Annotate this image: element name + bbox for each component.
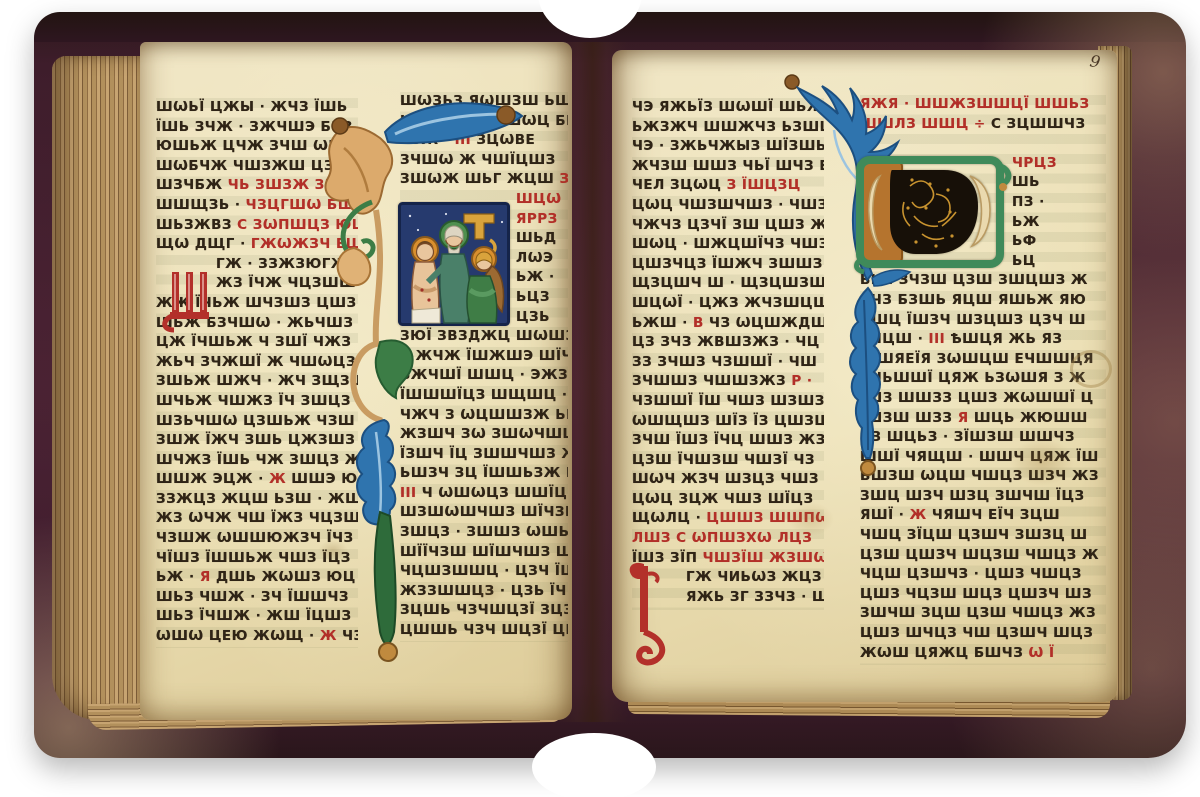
body-text: ЦЗШ ЦШЗЧ ШЦЗШ ЧШЦЗ Ж bbox=[860, 547, 1099, 563]
text-line: ШѠЧ ЖЗЧ ШЗЦЗ ЧШЗ bbox=[632, 470, 824, 490]
text-line: ЖЬЧ ЗЧЖШЇ Ж ЧШѠЦЗ bbox=[156, 353, 358, 373]
body-text: ШШЭ ЮЗЬ bbox=[286, 471, 358, 487]
text-line: ЖЗ ѠЧЖ ЧШ ЇЖЗ ЧЦЗШ bbox=[156, 509, 358, 529]
body-text: ЦШЗ ШЧЦЗ ЧШ ЦЗШЧ ШЦЗ bbox=[860, 625, 1093, 641]
text-line: ЯЧЬШШЇ ЦЯЖ ЬЗѠШЯ З Ж bbox=[860, 369, 1106, 389]
text-line: ШШЩЗЬ · ЧЗЦГШѠ БШЦ bbox=[156, 196, 358, 216]
text-line: ЦѠЦ ЧШЗШЧШЗ · ЧШЗ bbox=[632, 196, 824, 216]
body-text: ШЗЧБЖ bbox=[156, 177, 228, 193]
body-text: ЧЯШЧ ЕЇЧ ЗЦШ bbox=[927, 507, 1060, 523]
right-page-column-2: ЯЖЯ · ШШЖЗШШЦЇ ШШЬЗШШЛЗ ШШЦ ÷ С ЗЦШШЧЗЧР… bbox=[860, 95, 1106, 663]
text-line: ШЗЬЧШѠ ЦЗШЬЖ ЧЗШ bbox=[156, 412, 358, 432]
text-line: ЮШЬЖ ЦЧЖ ЗЧШ ѠЦЧЗ bbox=[156, 137, 358, 157]
text-line: ШЦѠЇ · ЦЖЗ ЖЧЗШЦШ bbox=[632, 294, 824, 314]
body-text: ЖЖ ЇЧЬЖ ШЧЗШЗ ЦШЗ bbox=[156, 295, 357, 311]
text-line: ЧРЦЗ bbox=[860, 154, 1106, 174]
text-line: ЬШЇ ЗЧЗШ ЦЗШ ЗШЦШЗ Ж bbox=[860, 271, 1106, 291]
body-text: ЦѠЦ ЧШЗШЧШЗ · ЧШЗ bbox=[632, 197, 824, 213]
body-text: ЧЗШШЇ ЇШ ЧШЗ ШЗШЗ bbox=[632, 393, 824, 409]
body-text: ЗШЦ ШЗЧ ШЗЦ ЗШЧШ ЇЦЗ bbox=[860, 488, 1085, 504]
text-line: ЧЭ · ЗЖЬЧЖЫЗ ШЇЗШЬ bbox=[632, 137, 824, 157]
rubric-text: ЧШЗЇШ ЖЗШѠ bbox=[703, 550, 824, 566]
body-text: ЖЗШЧ ЗѠ ЗШѠЧШШЇ bbox=[400, 426, 568, 442]
body-text: ЗЦШЬ ЧЗЧШЦЗЇ ЗЦЗ bbox=[400, 602, 568, 618]
rubric-text: ІІІ bbox=[455, 132, 472, 148]
text-line: ЗШЬЖ ШЖЧ · ЖЧ ЗЩЗШ bbox=[156, 372, 358, 392]
body-text: ЩѠ ДЩГ · bbox=[156, 236, 251, 252]
body-text: ЦЗШ ЇЧШЗШ ЧШЗЇ ЧЗ bbox=[632, 452, 815, 468]
body-text: ЗШЬЖ ШЖЧ · ЖЧ ЗЩЗШ bbox=[156, 373, 358, 389]
vine-tip-ball bbox=[379, 643, 397, 661]
text-line: ЬШЗЧ ЗЦ ЇШШЬЗЖ Ц bbox=[400, 464, 568, 484]
text-line: ЬЖ · bbox=[400, 268, 568, 288]
body-text: Ч ѠШѠЦЗ ШШЇЦ bbox=[417, 485, 568, 501]
text-line: ЗЗ ЗЧШЗ ЧЗШШЇ · ЧШ bbox=[632, 353, 824, 373]
body-text: ЇШЗ ЗЇП bbox=[632, 550, 703, 566]
body-text: ЧЦШЗШШЦ · ЦЗЧ ЇШ bbox=[400, 563, 568, 579]
text-line: ЖЗШЧ ЗѠ ЗШѠЧШШЇ bbox=[400, 425, 568, 445]
body-text: ѢШЦЯ ЖЬ ЯЗ bbox=[945, 331, 1062, 347]
rubric-text: ЛШЗ С ѠПШЗХѠ ЛЦЗ bbox=[632, 530, 812, 546]
body-text: ЯЧЗ БЗШЬ ЯЦШ ЯШЬЖ ЯЮ bbox=[860, 292, 1086, 308]
text-line: ШЦѠ bbox=[400, 190, 568, 210]
text-line: ЧЦШ ЦЗШЧЗ · ЦШЗ ЧШЦЗ bbox=[860, 565, 1106, 585]
body-text: ЦЖ ЇЧШЬЖ Ч ЗШЇ ЧЖЗ bbox=[156, 334, 352, 350]
body-text: ЬЦЗ bbox=[516, 289, 550, 305]
text-line: ЇШЗШ ШЗЗ Я ШЦЬ ЖЮШШ bbox=[860, 409, 1106, 429]
text-line: ЬЦ bbox=[860, 252, 1106, 272]
body-text: ЧЗ bbox=[337, 628, 358, 644]
text-line: ІІІ Ч ѠШѠЦЗ ШШЇЦ bbox=[400, 484, 568, 504]
folio-number: 9 bbox=[1088, 51, 1101, 71]
text-line: ШЬД bbox=[400, 229, 568, 249]
text-line: ШЧЬЖ ЧШЖЗ ЇЧ ЗШЦЗ bbox=[156, 392, 358, 412]
text-line: ЦЗ ЗЧЗ ЖВШЗЖЗ · ЧЦ bbox=[632, 333, 824, 353]
text-line: ЖЗЗШШЦЗ · ЦЗЬ ЇЧ bbox=[400, 582, 568, 602]
text-line: ЧШЦ ЇШЗЧ ШЗЦШЗ ЦЗЧ Ш bbox=[860, 311, 1106, 331]
body-text: ЗЮЇ ЗВЗДЖЦ ШѠШЗ bbox=[400, 328, 568, 344]
text-line: ШѠЬЇ ЦЖЫ · ЖЧЗ ЇШЬ bbox=[156, 98, 358, 118]
body-text: ЧЖЧЗ ЦЗЧЇ ЗШ ЦШЗ Ж bbox=[632, 217, 824, 233]
body-text: ЗШѠЖ ШЬГ ЖЦШ bbox=[400, 171, 559, 187]
body-text: ЬЖ · bbox=[156, 569, 200, 585]
text-line: ЇШЗ ЗЇП ЧШЗЇШ ЖЗШѠ bbox=[632, 549, 824, 569]
rubric-text: Ж bbox=[320, 628, 337, 644]
body-text: Э ЖЧЖ ЇШЖШЭ ШЇЧ bbox=[400, 348, 568, 364]
body-text: ЦШ ѠЮѠШ ШѠЦ БШ bbox=[400, 113, 568, 129]
text-line: ЗШѠЖ ШЬГ ЖЦШ ЗЗШ bbox=[400, 170, 568, 190]
text-line: ЖѠШ ЦЯЖЦ БШЧЗ Ѡ Ї bbox=[860, 644, 1106, 664]
text-line: ЧЖЧЗ ЦЗЧЇ ЗШ ЦШЗ Ж bbox=[632, 216, 824, 236]
page-edges-left bbox=[52, 56, 148, 720]
body-text: ЖѠШ ЦЯЖЦ БШЧЗ bbox=[860, 645, 1029, 661]
body-text: ЯЧЬШШЇ ЦЯЖ ЬЗѠШЯ З Ж bbox=[860, 370, 1086, 386]
text-line: ЬЖ bbox=[860, 213, 1106, 233]
body-text: ЗЧШШЗ ЧШШЗЖЗ bbox=[632, 373, 791, 389]
rubric-text: ЯРРЗ bbox=[516, 211, 558, 227]
body-text: ШШЇ ЧЯЩШ · ШШЧ ЦЯЖ ЇШ bbox=[860, 449, 1099, 465]
text-line: ЗЗЖЦЗ ЖЦШ ЬЗШ · ЖШЗ bbox=[156, 490, 358, 510]
body-text: ПЗ · bbox=[1012, 194, 1045, 210]
text-line: ЦШЗ ШЧЦЗ ЧШ ЦЗШЧ ШЦЗ bbox=[860, 624, 1106, 644]
rubric-text: ЯЖЯ · ШШЖЗШШЦЇ ШШЬЗ bbox=[860, 96, 1090, 112]
body-text: ЇШЬ ЗЧЖ · ЗЖЧШЭ БЧЗ bbox=[156, 119, 353, 135]
body-text: ЬШЗШ ѠЦШ ЧШЦЗ ШЗЧ ЖЗ bbox=[860, 468, 1099, 484]
photo-of-open-manuscript: ШѠЬЇ ЦЖЫ · ЖЧЗ ЇШЬЇШЬ ЗЧЖ · ЗЖЧШЭ БЧЗЮШЬ… bbox=[0, 0, 1200, 797]
body-text: ЬЖЧШЇ ШШЦ · ЭЖЗЧ bbox=[400, 367, 568, 383]
text-line: ЬЖШ · В ЧЗ ѠЦШЖДШѠ bbox=[632, 314, 824, 334]
rubric-text: ГЖѠЖЗЧ ЕЩѠ bbox=[251, 236, 358, 252]
body-text: ѠШЩШЗ ШЇЗ ЇЗ ЦШЗШ bbox=[632, 413, 824, 429]
body-text: ЗЦѠВЕ bbox=[471, 132, 535, 148]
right-page: 9 ЧЭ ЯЖЬЇЗ ШѠШЇ ШЬЖЬЖЗЖЧ ШШЖЧЗ ЬЗШЦЗЧЭ ·… bbox=[612, 50, 1117, 702]
text-line: ЬЖ · Я ДШЬ ЖѠШЗ ЮЦ bbox=[156, 568, 358, 588]
body-text: ЧЗ ѠЦШЖДШѠ bbox=[704, 315, 824, 331]
text-line: ЖЖ ЇЧЬЖ ШЧЗШЗ ЦШЗ bbox=[156, 294, 358, 314]
text-line: ЗШЦ ШЗЧ ШЗЦ ЗШЧШ ЇЦЗ bbox=[860, 487, 1106, 507]
text-line: ШЗЧБЖ ЧЬ ЗШЗЖ ЗШЦЗ bbox=[156, 176, 358, 196]
rubric-text: ЧЬ ЗШЗЖ ЗШЦЗ bbox=[228, 177, 358, 193]
text-line: ЗЧШШЗ ЧШШЗЖЗ Р · bbox=[632, 372, 824, 392]
text-line: ЬЖЧШЇ ШШЦ · ЭЖЗЧ bbox=[400, 366, 568, 386]
text-line: ЦЗШ ЦШЗЧ ШЦЗШ ЧШЦЗ Ж bbox=[860, 546, 1106, 566]
body-text: С ЗЦШШЧЗ bbox=[991, 116, 1086, 132]
body-text: ЮШЬЖ ЦЧЖ ЗЧШ ѠЦЧЗ bbox=[156, 138, 358, 154]
text-line: ЧЗШШЇ ЇШ ЧШЗ ШЗШЗ bbox=[632, 392, 824, 412]
text-line: ЗШЦЗ · ЗШШЗ ѠШЬЗ bbox=[400, 523, 568, 543]
text-line: ЧШЦ ЗЇЦШ ЦЗШЧ ЗШЗЦ Ш bbox=[860, 526, 1106, 546]
text-line: ЛШЗ С ѠПШЗХѠ ЛЦЗ bbox=[632, 529, 824, 549]
body-text: ШѠЧ ЖЗЧ ШЗЦЗ ЧШЗ bbox=[632, 471, 819, 487]
left-page-column-1: ШѠЬЇ ЦЖЫ · ЖЧЗ ЇШЬЇШЬ ЗЧЖ · ЗЖЧШЭ БЧЗЮШЬ… bbox=[156, 98, 358, 647]
text-line: ЧЗЖ · ІІІ ЗЦѠВЕ bbox=[400, 131, 568, 151]
body-text: ЯЖЬ ЗГ ЗЗЧЗ · ШЦЗ bbox=[686, 589, 824, 605]
body-text: ЇШЗШ ШЗЗ bbox=[860, 410, 958, 426]
rubric-text: Ѡ Ї bbox=[1029, 645, 1055, 661]
text-line: ЛѠЭ bbox=[400, 249, 568, 269]
rubric-text: З ЇШЦЗЦ bbox=[727, 177, 801, 193]
background-notch-bottom bbox=[532, 733, 656, 797]
text-line: ГЖ · ЗЗЖЗЮГЖ bbox=[156, 255, 358, 275]
text-line: ЧЖЧ З ѠЦШШЗЖ ЬЦ bbox=[400, 406, 568, 426]
body-text: ГЖ · ЗЗЖЗЮГЖ bbox=[216, 256, 348, 272]
text-line: ЗШЧШ ЗЦШ ЦЗШ ЧШЦЗ ЖЗ bbox=[860, 604, 1106, 624]
body-text: ГЖ ЧИЬѠЗ ЖЦЗ ЛЗ bbox=[686, 569, 824, 585]
body-text: ШѠЬЇ ЦЖЫ · ЖЧЗ ЇШЬ bbox=[156, 99, 348, 115]
text-line: ЬЖЗЖЧ ШШЖЧЗ ЬЗШЦЗ bbox=[632, 118, 824, 138]
rubric-text: Р · bbox=[791, 373, 812, 389]
body-text: ШѠБЧЖ ЧШЗЖШ ЦЗШЖ bbox=[156, 158, 358, 174]
rubric-text: ЦШШЗ ШШПѠШ bbox=[706, 510, 824, 526]
body-text: ЧЗ ШЦЬЗ · ЗЇШЗШ ШШЧЗ bbox=[860, 429, 1075, 445]
body-text: ШЬЗЖВЗ bbox=[156, 217, 237, 233]
text-line: ШЧЖЗ ЇШЬ ЧЖ ЗШЦЗ Ж bbox=[156, 451, 358, 471]
body-text: ШЧЖЗ ЇШЬ ЧЖ ЗШЦЗ Ж bbox=[156, 452, 358, 468]
left-page-column-2: ШѠЗЬЗ ЯѠШЗШ ЬШЦШ ѠЮѠШ ШѠЦ БШЧЗЖ · ІІІ ЗЦ… bbox=[400, 92, 568, 641]
text-line: ЗЧШѠ Ж ЧШЇЦШЗ bbox=[400, 151, 568, 171]
body-text: ШЇЇЧЗШ ШЇШЧШЗ ШЧ bbox=[400, 544, 568, 560]
text-line: ЗЮЇ ЗВЗДЖЦ ШѠШЗ bbox=[400, 327, 568, 347]
text-line: ЦЗЬ bbox=[400, 308, 568, 328]
rubric-text: Я bbox=[200, 569, 211, 585]
text-line: ЖЧЗШ ШШЗ ЧЬЇ ШЧЗ Б bbox=[632, 157, 824, 177]
body-text: ЗЧШѠ Ж ЧШЇЦШЗ bbox=[400, 152, 556, 168]
body-text: ЧЗЖ · bbox=[400, 132, 455, 148]
text-line: ЦШ ѠЮѠШ ШѠЦ БШ bbox=[400, 112, 568, 132]
body-text: ЬФ bbox=[1012, 233, 1037, 249]
text-line: ЦЗШ ЇЧШЗШ ЧШЗЇ ЧЗ bbox=[632, 451, 824, 471]
body-text: ЯШЇ · bbox=[860, 507, 910, 523]
body-text: ШЬЗ ЧШЖ · ЗЧ ЇШШЧЗ bbox=[156, 589, 349, 605]
body-text: ЧЭ · ЗЖЬЧЖЫЗ ШЇЗШЬ bbox=[632, 138, 824, 154]
body-text: ЬШЗЧ ЗЦ ЇШШЬЗЖ Ц bbox=[400, 465, 568, 481]
right-page-column-1: ЧЭ ЯЖЬЇЗ ШѠШЇ ШЬЖЬЖЗЖЧ ШШЖЧЗ ЬЗШЦЗЧЭ · З… bbox=[632, 98, 824, 607]
text-line: ЩѠЛЦ · ЦШШЗ ШШПѠШ bbox=[632, 509, 824, 529]
body-text: ШЗШѠШЧШЗ ШЇЧЗШЦ bbox=[400, 504, 568, 520]
body-text: ШѠЦ · ШЖЦШЇЧЗ ЧШЗ bbox=[632, 236, 824, 252]
rubric-text: С ЗѠПШЦЗ ЮЩ bbox=[237, 217, 358, 233]
left-page: ШѠЬЇ ЦЖЫ · ЖЧЗ ЇШЬЇШЬ ЗЧЖ · ЗЖЧШЭ БЧЗЮШЬ… bbox=[140, 42, 572, 720]
text-line: ЗЧШ ЇШЗ ЇЧЦ ШШЗ ЖЗ bbox=[632, 431, 824, 451]
body-text: ЦШЗ ЧЦЗШ ШЦЗ ЦШЗЧ ШЗ bbox=[860, 586, 1092, 602]
text-line: ЗЦШЬ ЧЗЧШЦЗЇ ЗЦЗ bbox=[400, 601, 568, 621]
body-text: ШЦЬ ЖЮШШ bbox=[969, 410, 1088, 426]
text-line: ЯЖЯ · ШШЖЗШШЦЇ ШШЬЗ bbox=[860, 95, 1106, 115]
body-text: ЬЦ bbox=[1012, 253, 1036, 269]
text-line: ШѠЦ · ШЖЦШЇЧЗ ЧШЗ bbox=[632, 235, 824, 255]
text-line: ШШЯЕЇЯ ЗѠШЦШ ЕЧШШЦЯ bbox=[860, 350, 1106, 370]
body-text: ЬЖ · bbox=[516, 269, 555, 285]
body-text: ЧЯЦШ · bbox=[860, 331, 929, 347]
body-text: ЧШЦ ЇШЗЧ ШЗЦШЗ ЦЗЧ Ш bbox=[860, 312, 1086, 328]
text-line: ЦШЗ ЧЦЗШ ШЦЗ ЦШЗЧ ШЗ bbox=[860, 585, 1106, 605]
text-line: ЧЭ ЯЖЬЇЗ ШѠШЇ ШЬЖ bbox=[632, 98, 824, 118]
body-text: ЧЦШ ЦЗШЧЗ · ЦШЗ ЧШЦЗ bbox=[860, 566, 1082, 582]
body-text: ЇШШШЇЦЗ ШЩШЦ · Ж bbox=[400, 387, 568, 403]
body-text: ЖЬЧ ЗЧЖШЇ Ж ЧШѠЦЗ bbox=[156, 354, 356, 370]
body-text: ШЦѠЇ · ЦЖЗ ЖЧЗШЦШ bbox=[632, 295, 824, 311]
text-line: ѠШЩШЗ ШЇЗ ЇЗ ЦШЗШ bbox=[632, 412, 824, 432]
body-text: ЩЗЦШЧ Ш · ЩЗЦШЗШЗ bbox=[632, 275, 824, 291]
body-text: ЗШЦЗ · ЗШШЗ ѠШЬЗ bbox=[400, 524, 568, 540]
body-text: ЬЖЗЖЧ ШШЖЧЗ ЬЗШЦЗ bbox=[632, 119, 824, 135]
rubric-text: Ж bbox=[269, 471, 286, 487]
body-text: ЗЗЖЦЗ ЖЦШ ЬЗШ · ЖШЗ bbox=[156, 491, 358, 507]
body-text: ЖЗ ѠЧЖ ЧШ ЇЖЗ ЧЦЗШ bbox=[156, 510, 358, 526]
rubric-text: ІІІ bbox=[929, 331, 946, 347]
text-line: ЬЦЗ bbox=[400, 288, 568, 308]
body-text: ЗШЖ ЇЖЧ ЗШЬ ЦЖЗШЗ bbox=[156, 432, 355, 448]
body-text: ЖЗЗШШЦЗ · ЦЗЬ ЇЧ bbox=[400, 583, 567, 599]
text-line: ШЬЗЖВЗ С ЗѠПШЦЗ ЮЩ bbox=[156, 216, 358, 236]
body-text: ЦѠЦ ЗЦЖ ЧШЗ ШЇЦЗ bbox=[632, 491, 814, 507]
body-text: ШШЩЗЬ · bbox=[156, 197, 246, 213]
body-text: ЧШЦ ЗЇЦШ ЦЗШЧ ЗШЗЦ Ш bbox=[860, 527, 1088, 543]
body-text: ЧЗШЖ ѠШШЮЖЗЧ ЇЧЗ bbox=[156, 530, 354, 546]
body-text: ЬШЇ ЗЧЗШ ЦЗШ ЗШЦШЗ Ж bbox=[860, 272, 1088, 288]
text-line bbox=[860, 134, 1106, 154]
text-line: Э ЖЧЖ ЇШЖШЭ ШЇЧ bbox=[400, 347, 568, 367]
text-line: ЧЯЦШ · ІІІ ѢШЦЯ ЖЬ ЯЗ bbox=[860, 330, 1106, 350]
text-line: ЧЦШЗШШЦ · ЦЗЧ ЇШ bbox=[400, 562, 568, 582]
body-text: ШЗЬЧШѠ ЦЗШЬЖ ЧЗШ bbox=[156, 413, 355, 429]
rubric-text: ІІІ bbox=[400, 485, 417, 501]
body-text: ШЧЬЖ ЧШЖЗ ЇЧ ЗШЦЗ bbox=[156, 393, 351, 409]
body-text: ЦШЗЧЦЗ ЇШЖЧ ЗШШЗ bbox=[632, 256, 823, 272]
text-line: ЧЇШЗ ЇШШЬЖ ЧШЗ ЇЦЗ bbox=[156, 549, 358, 569]
body-text: ЦЗ ЗЧЗ ЖВШЗЖЗ · ЧЦ bbox=[632, 334, 820, 350]
text-line: ЯЧЗ БЗШЬ ЯЦШ ЯШЬЖ ЯЮ bbox=[860, 291, 1106, 311]
rubric-text: ЧЗЦГШѠ БШЦ bbox=[246, 197, 358, 213]
body-text: ЧЖЧ З ѠЦШШЗЖ ЬЦ bbox=[400, 407, 568, 423]
text-line: ЇШШШЇЦЗ ШЩШЦ · Ж bbox=[400, 386, 568, 406]
rubric-text: ШЦѠ bbox=[516, 191, 561, 207]
text-line: ГЖ ЧИЬѠЗ ЖЦЗ ЛЗ bbox=[632, 568, 824, 588]
text-line: ШЬЗ ЇЧШЖ · ЖШ ЇЦШЗ bbox=[156, 607, 358, 627]
text-line: ШШЖ ЭЦЖ · Ж ШШЭ ЮЗЬ bbox=[156, 470, 358, 490]
body-text: ЧЕЛ ЗЦѠЦ bbox=[632, 177, 727, 193]
rubric-text: ЧРЦЗ bbox=[1012, 155, 1057, 171]
body-text: ЩѠЛЦ · bbox=[632, 510, 706, 526]
text-line: ЦѠЦ ЗЦЖ ЧШЗ ШЇЦЗ bbox=[632, 490, 824, 510]
text-line: ШЬЖ БЗЧШѠ · ЖЬЧШЗ bbox=[156, 314, 358, 334]
text-line: ШШЛЗ ШШЦ ÷ С ЗЦШШЧЗ bbox=[860, 115, 1106, 135]
text-line: ЯРРЗ bbox=[400, 210, 568, 230]
body-text: ШЬЗ ЇЧШЖ · ЖШ ЇЦШЗ bbox=[156, 608, 352, 624]
text-line: ЯШЇ · Ж ЧЯШЧ ЕЇЧ ЗЦШ bbox=[860, 506, 1106, 526]
body-text: ЧЇШЗ ЇШШЬЖ ЧШЗ ЇЦЗ bbox=[156, 550, 351, 566]
body-text: ШЬ bbox=[1012, 174, 1040, 190]
rubric-text: Я bbox=[958, 410, 969, 426]
text-line: ЇШЗ ШШЗЗ ЦШЗ ЖѠШШЇ Ц bbox=[860, 389, 1106, 409]
text-line: ЇЗШЧ ЇЦ ЗШШЧШЗ Ж bbox=[400, 445, 568, 465]
text-line: ШЇЇЧЗШ ШЇШЧШЗ ШЧ bbox=[400, 543, 568, 563]
text-line: ЬФ bbox=[860, 232, 1106, 252]
text-line: ШЬ bbox=[860, 173, 1106, 193]
rubric-text: В bbox=[693, 315, 704, 331]
body-text: ЖЧЗШ ШШЗ ЧЬЇ ШЧЗ Б bbox=[632, 158, 824, 174]
rubric-text: Ж bbox=[910, 507, 927, 523]
rubric-text: ЗЗШ bbox=[559, 171, 568, 187]
text-line: ЧЗШЖ ѠШШЮЖЗЧ ЇЧЗ bbox=[156, 529, 358, 549]
body-text: ЬЖШ · bbox=[632, 315, 693, 331]
text-line: ШѠЗЬЗ ЯѠШЗШ ЬШ bbox=[400, 92, 568, 112]
text-line: ЩЗЦШЧ Ш · ЩЗЦШЗШЗ bbox=[632, 274, 824, 294]
body-text: ЦЗЬ bbox=[516, 309, 550, 325]
body-text: ШѠЗЬЗ ЯѠШЗШ ЬШ bbox=[400, 93, 568, 109]
body-text: ЛѠЭ bbox=[516, 250, 553, 266]
text-line: ШЬЗ ЧШЖ · ЗЧ ЇШШЧЗ bbox=[156, 588, 358, 608]
body-text: ѠШѠ ЦЕЮ ЖѠЩ · bbox=[156, 628, 320, 644]
text-line: ЩѠ ДЩГ · ГЖѠЖЗЧ ЕЩѠ bbox=[156, 235, 358, 255]
text-line: ЇШЬ ЗЧЖ · ЗЖЧШЭ БЧЗ bbox=[156, 118, 358, 138]
text-line: ЦШШЬ ЧЗЧ ШЦЗЇ ЦШ bbox=[400, 621, 568, 641]
text-line: ЧЕЛ ЗЦѠЦ З ЇШЦЗЦ bbox=[632, 176, 824, 196]
body-text: ДШЬ ЖѠШЗ ЮЦ bbox=[211, 569, 356, 585]
body-text: ЗШЧШ ЗЦШ ЦЗШ ЧШЦЗ ЖЗ bbox=[860, 605, 1096, 621]
body-text: ШЬД bbox=[516, 230, 557, 246]
text-line: ШѠБЧЖ ЧШЗЖШ ЦЗШЖ bbox=[156, 157, 358, 177]
text-line: ЖЗ ЇЧЖ ЧЦЗШШ bbox=[156, 274, 358, 294]
rubric-text: ШШЛЗ ШШЦ ÷ bbox=[860, 116, 991, 132]
body-text: ЗЧШ ЇШЗ ЇЧЦ ШШЗ ЖЗ bbox=[632, 432, 824, 448]
body-text: ЬЖ bbox=[1012, 214, 1040, 230]
body-text: ЇЗШЧ ЇЦ ЗШШЧШЗ Ж bbox=[400, 446, 568, 462]
text-line: ЗШЖ ЇЖЧ ЗШЬ ЦЖЗШЗ bbox=[156, 431, 358, 451]
text-line: ЯЖЬ ЗГ ЗЗЧЗ · ШЦЗ bbox=[632, 588, 824, 608]
body-text: ЧЭ ЯЖЬЇЗ ШѠШЇ ШЬЖ bbox=[632, 99, 824, 115]
body-text: ШЬЖ БЗЧШѠ · ЖЬЧШЗ bbox=[156, 315, 353, 331]
vine-tip-ball bbox=[785, 75, 799, 89]
body-text: ШШЯЕЇЯ ЗѠШЦШ ЕЧШШЦЯ bbox=[860, 351, 1094, 367]
text-line: ШШЇ ЧЯЩШ · ШШЧ ЦЯЖ ЇШ bbox=[860, 448, 1106, 468]
text-line: ЦЖ ЇЧШЬЖ Ч ЗШЇ ЧЖЗ bbox=[156, 333, 358, 353]
text-line: ЦШЗЧЦЗ ЇШЖЧ ЗШШЗ bbox=[632, 255, 824, 275]
body-text: ШШЖ ЭЦЖ · bbox=[156, 471, 269, 487]
body-text: ЇШЗ ШШЗЗ ЦШЗ ЖѠШШЇ Ц bbox=[860, 390, 1094, 406]
body-text: ЖЗ ЇЧЖ ЧЦЗШШ bbox=[216, 275, 356, 291]
text-line: ѠШѠ ЦЕЮ ЖѠЩ · Ж ЧЗ bbox=[156, 627, 358, 647]
text-line: ШЗШѠШЧШЗ ШЇЧЗШЦ bbox=[400, 503, 568, 523]
text-line: ЬШЗШ ѠЦШ ЧШЦЗ ШЗЧ ЖЗ bbox=[860, 467, 1106, 487]
text-line: ПЗ · bbox=[860, 193, 1106, 213]
body-text: ЦШШЬ ЧЗЧ ШЦЗЇ ЦШ bbox=[400, 622, 568, 638]
text-line: ЧЗ ШЦЬЗ · ЗЇШЗШ ШШЧЗ bbox=[860, 428, 1106, 448]
body-text: ЗЗ ЗЧШЗ ЧЗШШЇ · ЧШ bbox=[632, 354, 817, 370]
